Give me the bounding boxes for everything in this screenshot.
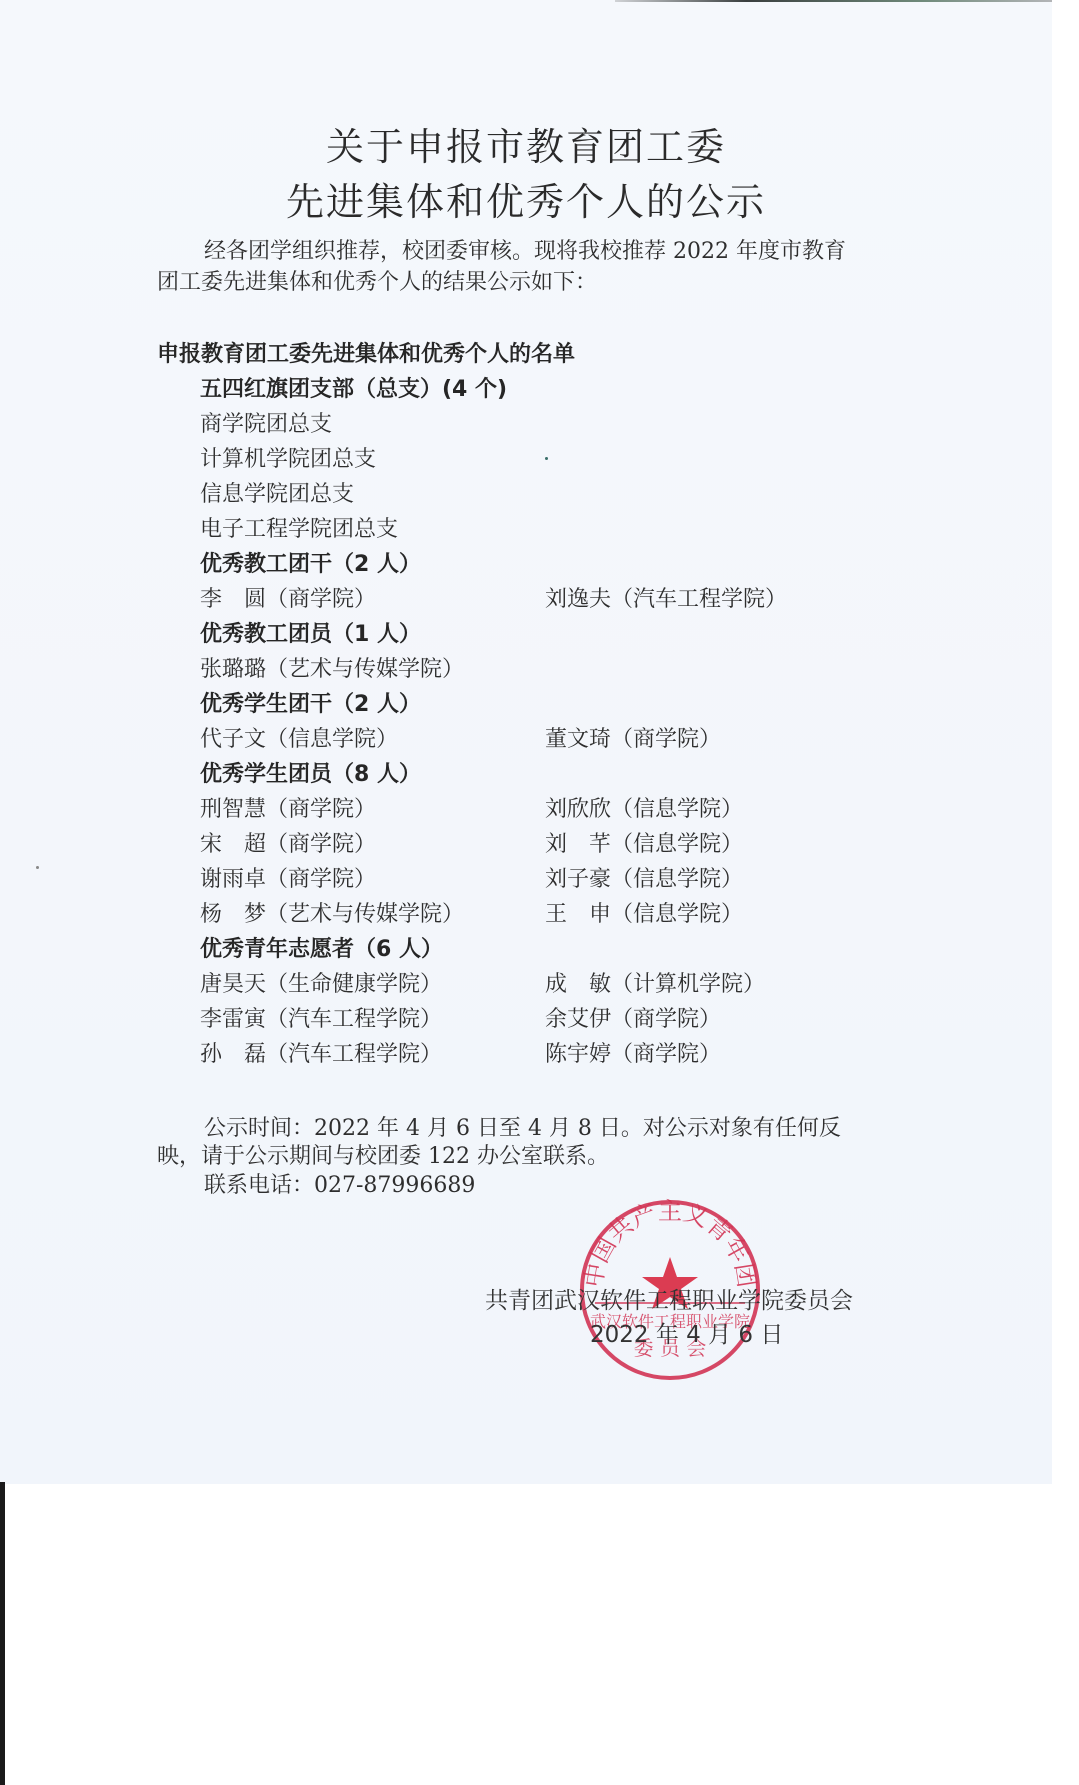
list-entry-left: 孙 磊（汽车工程学院） — [200, 1041, 442, 1069]
paper-top-edge — [615, 0, 1052, 2]
notice-line-1: 公示时间：2022 年 4 月 6 日至 4 月 8 日。对公示对象有任何反 — [204, 1115, 841, 1143]
list-entry-left: 电子工程学院团总支 — [200, 516, 398, 544]
scanned-paper: 关于申报市教育团工委 先进集体和优秀个人的公示 经各团学组织推荐，校团委审核。现… — [0, 0, 1052, 1484]
signature-date: 2022 年 4 月 6 日 — [590, 1316, 783, 1349]
contact-line: 联系电话：027-87996689 — [204, 1172, 475, 1200]
list-entry-left: 李 圆（商学院） — [200, 586, 376, 614]
intro-line-2: 团工委先进集体和优秀个人的结果公示如下： — [157, 269, 597, 297]
scan-speck — [36, 866, 39, 869]
list-entry-left: 张璐璐（艺术与传媒学院） — [200, 656, 464, 684]
list-entry-left: 李雷寅（汽车工程学院） — [200, 1006, 442, 1034]
list-entry-left: 唐昊天（生命健康学院） — [200, 971, 442, 999]
signature-organization: 共青团武汉软件工程职业学院委员会 — [485, 1282, 853, 1315]
notice-line-2: 映，请于公示期间与校团委 122 办公室联系。 — [157, 1143, 609, 1171]
list-entry-left: 信息学院团总支 — [200, 481, 354, 509]
scan-speck — [545, 457, 548, 460]
list-entry-right: 陈宇婷（商学院） — [545, 1041, 721, 1069]
category-heading: 优秀教工团干（2 人） — [200, 551, 421, 579]
list-entry-right: 余艾伊（商学院） — [545, 1006, 721, 1034]
category-heading: 优秀青年志愿者（6 人） — [200, 936, 443, 964]
document-title-line-1: 关于申报市教育团工委 — [0, 125, 1052, 169]
list-entry-left: 计算机学院团总支 — [200, 446, 376, 474]
category-heading: 优秀学生团干（2 人） — [200, 691, 421, 719]
list-entry-left: 商学院团总支 — [200, 411, 332, 439]
category-heading: 五四红旗团支部（总支）(4 个) — [200, 376, 507, 404]
list-entry-left: 宋 超（商学院） — [200, 831, 376, 859]
list-entry-right: 王 申（信息学院） — [545, 901, 743, 929]
list-entry-left: 谢雨卓（商学院） — [200, 866, 376, 894]
list-entry-right: 刘 芊（信息学院） — [545, 831, 743, 859]
category-heading: 优秀学生团员（8 人） — [200, 761, 421, 789]
list-entry-right: 董文琦（商学院） — [545, 726, 721, 754]
document-title-line-2: 先进集体和优秀个人的公示 — [0, 180, 1052, 224]
list-entry-left: 杨 梦（艺术与传媒学院） — [200, 901, 464, 929]
category-heading: 优秀教工团员（1 人） — [200, 621, 421, 649]
intro-line-1: 经各团学组织推荐，校团委审核。现将我校推荐 2022 年度市教育 — [204, 238, 846, 266]
list-entry-right: 刘子豪（信息学院） — [545, 866, 743, 894]
list-entry-right: 刘欣欣（信息学院） — [545, 796, 743, 824]
list-heading: 申报教育团工委先进集体和优秀个人的名单 — [157, 341, 575, 369]
scan-border — [0, 1482, 5, 1785]
list-entry-left: 刑智慧（商学院） — [200, 796, 376, 824]
list-entry-right: 刘逸夫（汽车工程学院） — [545, 586, 787, 614]
list-entry-right: 成 敏（计算机学院） — [545, 971, 765, 999]
list-entry-left: 代子文（信息学院） — [200, 726, 398, 754]
